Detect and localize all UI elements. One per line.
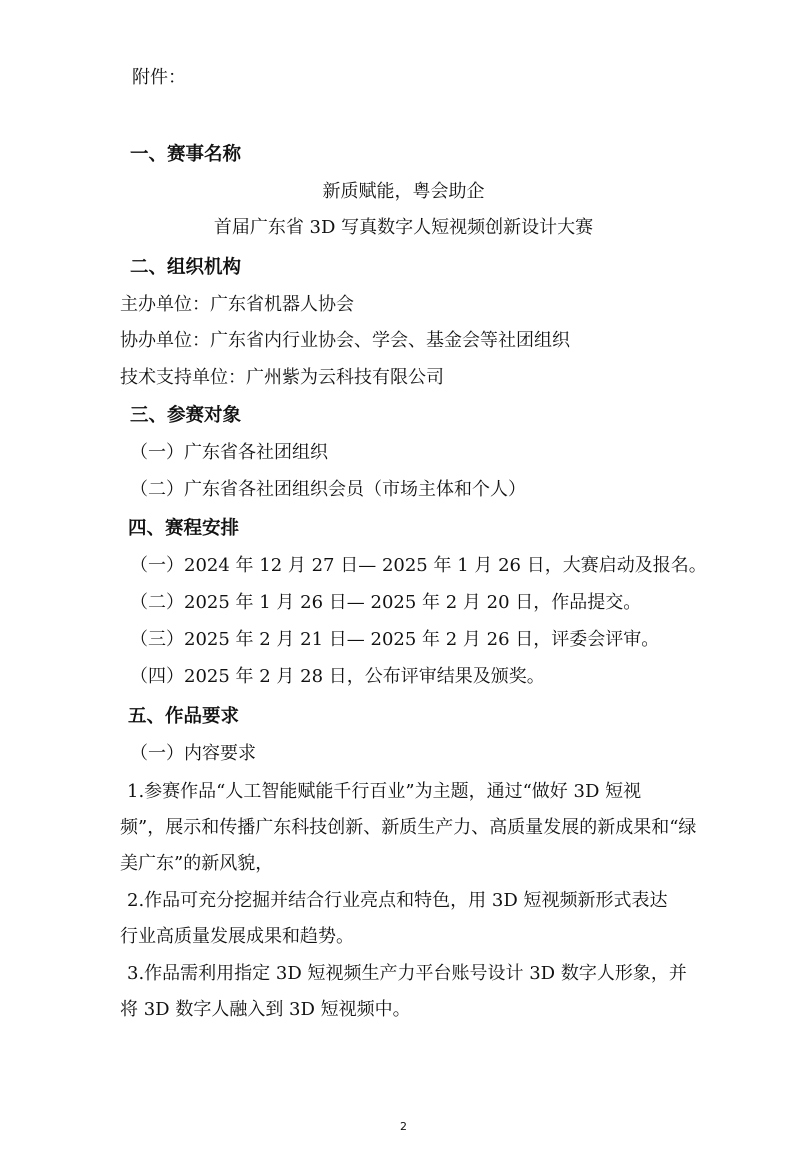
requirement-paragraph-line: 美广东”的新风貌，	[120, 852, 273, 876]
requirement-paragraph-line: 行业高质量发展成果和趋势。	[120, 925, 354, 949]
section-heading-organization: 二、组织机构	[130, 256, 241, 280]
participant-item: （二）广东省各社团组织会员（市场主体和个人）	[130, 478, 526, 502]
schedule-item: （一）2024 年 12 月 27 日— 2025 年 1 月 26 日，大赛启…	[130, 554, 707, 578]
section-heading-participants: 三、参赛对象	[130, 404, 241, 428]
attachment-label: 附件：	[132, 66, 186, 90]
sub-heading-content: （一）内容要求	[130, 742, 256, 766]
requirement-paragraph-line: 2.作品可充分挖掘并结合行业亮点和特色，用 3D 短视频新形式表达	[127, 889, 668, 913]
co-organizer-line: 协办单位：广东省内行业协会、学会、基金会等社团组织	[120, 329, 570, 353]
event-title: 首届广东省 3D 写真数字人短视频创新设计大赛	[0, 216, 807, 240]
participant-item: （一）广东省各社团组织	[130, 441, 328, 465]
requirement-paragraph-line: 频”，展示和传播广东科技创新、新质生产力、高质量发展的新成果和“绿	[120, 816, 696, 840]
organizer-line: 主办单位：广东省机器人协会	[120, 293, 354, 317]
event-slogan: 新质赋能，粤会助企	[0, 180, 807, 204]
schedule-item: （三）2025 年 2 月 21 日— 2025 年 2 月 26 日，评委会评…	[130, 628, 659, 652]
requirement-paragraph-line: 1.参赛作品“人工智能赋能千行百业”为主题，通过“做好 3D 短视	[127, 780, 641, 804]
schedule-item: （四）2025 年 2 月 28 日，公布评审结果及颁奖。	[130, 665, 545, 689]
tech-support-line: 技术支持单位：广州紫为云科技有限公司	[120, 366, 444, 390]
schedule-item: （二）2025 年 1 月 26 日— 2025 年 2 月 20 日，作品提交…	[130, 591, 641, 615]
requirement-paragraph-line: 将 3D 数字人融入到 3D 短视频中。	[120, 998, 411, 1022]
section-heading-schedule: 四、赛程安排	[128, 517, 239, 541]
section-heading-requirements: 五、作品要求	[128, 705, 239, 729]
requirement-paragraph-line: 3.作品需利用指定 3D 短视频生产力平台账号设计 3D 数字人形象，并	[127, 962, 687, 986]
page-number: 2	[0, 1120, 807, 1133]
section-heading-event-name: 一、赛事名称	[130, 143, 241, 167]
